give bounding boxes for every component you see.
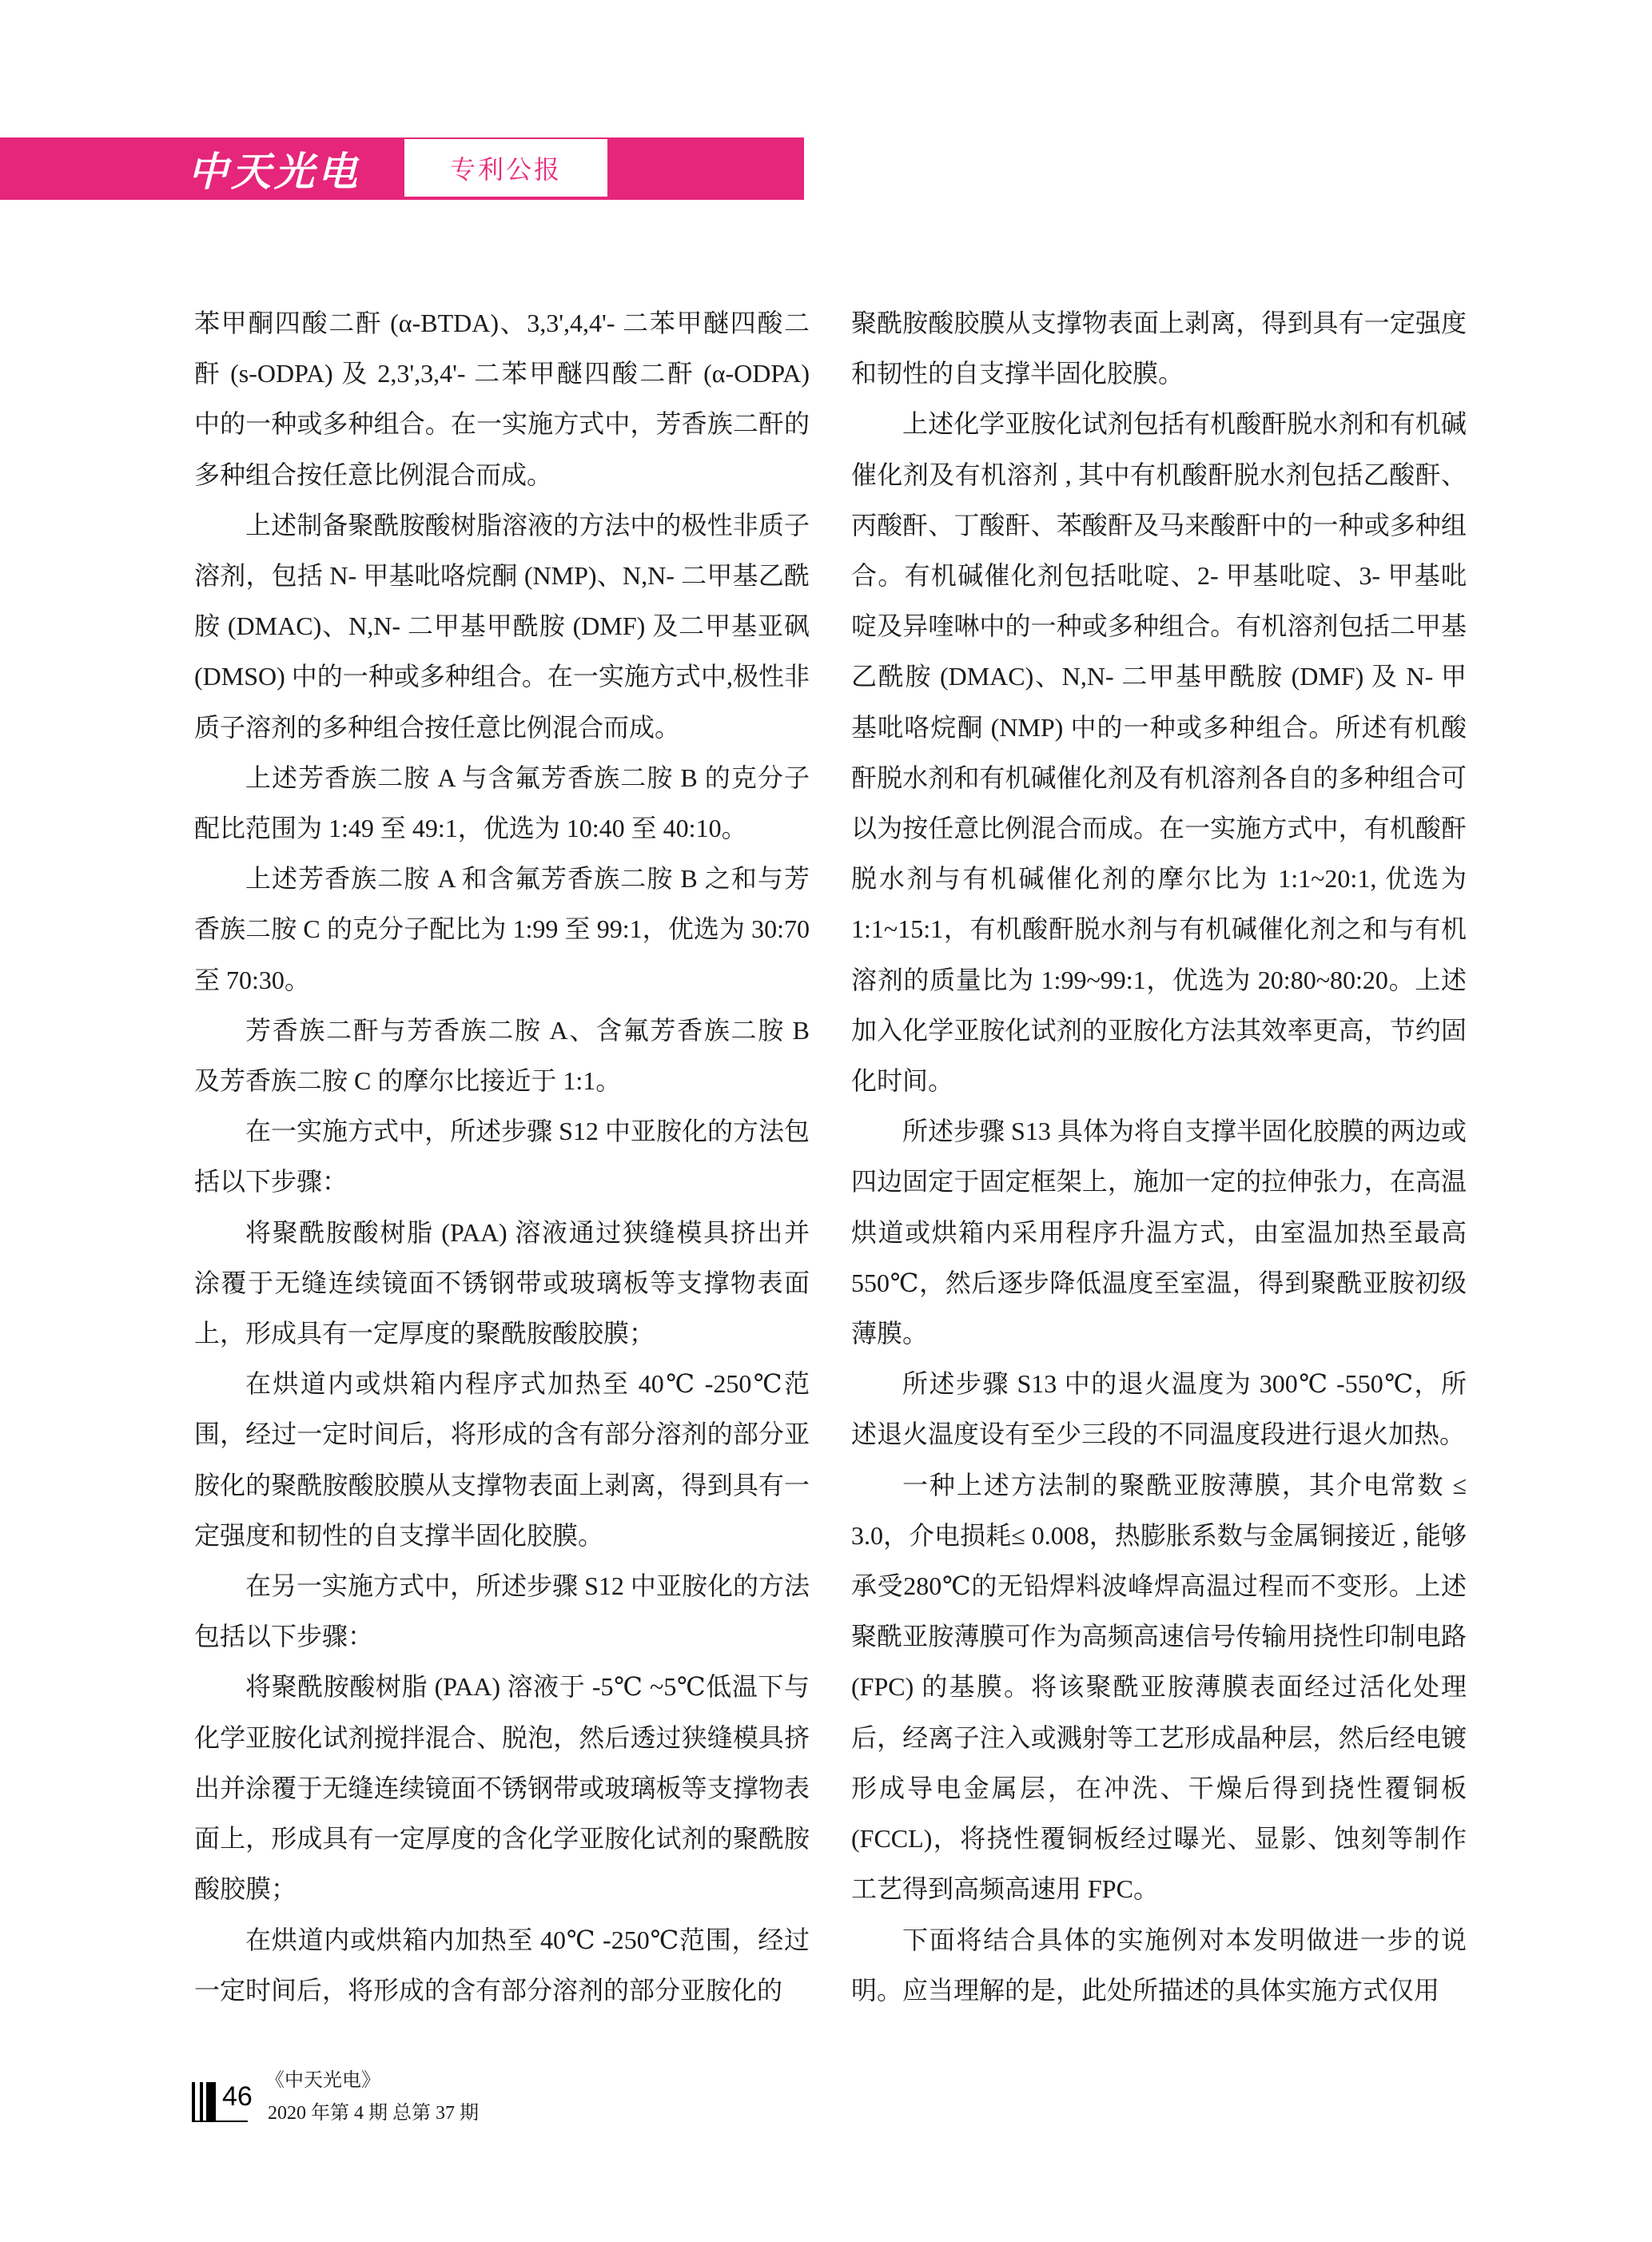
paragraph: 苯甲酮四酸二酐 (α-BTDA)、3,3',4,4'- 二苯甲醚四酸二酐 (s-… [194, 298, 810, 500]
right-text-column: 聚酰胺酸胶膜从支撑物表面上剥离，得到具有一定强度和韧性的自支撑半固化胶膜。 上述… [851, 298, 1467, 2016]
paragraph: 在烘道内或烘箱内程序式加热至 40℃ -250℃范围，经过一定时间后，将形成的含… [194, 1359, 810, 1561]
paragraph: 在另一实施方式中，所述步骤 S12 中亚胺化的方法包括以下步骤： [194, 1561, 810, 1662]
footer-rule [192, 2121, 248, 2122]
paragraph: 上述芳香族二胺 A 与含氟芳香族二胺 B 的克分子配比范围为 1:49 至 49… [194, 753, 810, 854]
paragraph: 上述化学亚胺化试剂包括有机酸酐脱水剂和有机碱催化剂及有机溶剂 , 其中有机酸酐脱… [851, 399, 1467, 1106]
paragraph: 在一实施方式中，所述步骤 S12 中亚胺化的方法包括以下步骤： [194, 1106, 810, 1207]
paragraph: 聚酰胺酸胶膜从支撑物表面上剥离，得到具有一定强度和韧性的自支撑半固化胶膜。 [851, 298, 1467, 399]
page-number: 46 [222, 2081, 253, 2113]
paragraph: 所述步骤 S13 中的退火温度为 300℃ -550℃，所述退火温度设有至少三段… [851, 1359, 1467, 1459]
paragraph: 将聚酰胺酸树脂 (PAA) 溶液通过狭缝模具挤出并涂覆于无缝连续镜面不锈钢带或玻… [194, 1208, 810, 1360]
brand-logo-text: 中天光电 [144, 137, 404, 200]
section-label: 专利公报 [403, 137, 609, 198]
paragraph: 上述制备聚酰胺酸树脂溶液的方法中的极性非质子溶剂，包括 N- 甲基吡咯烷酮 (N… [194, 500, 810, 753]
left-text-column: 苯甲酮四酸二酐 (α-BTDA)、3,3',4,4'- 二苯甲醚四酸二酐 (s-… [194, 298, 810, 2016]
paragraph: 在烘道内或烘箱内加热至 40℃ -250℃范围，经过一定时间后，将形成的含有部分… [194, 1915, 810, 2016]
paragraph: 芳香族二酐与芳香族二胺 A、含氟芳香族二胺 B 及芳香族二胺 C 的摩尔比接近于… [194, 1006, 810, 1106]
paragraph: 所述步骤 S13 具体为将自支撑半固化胶膜的两边或四边固定于固定框架上，施加一定… [851, 1106, 1467, 1359]
issue-info: 2020 年第 4 期 总第 37 期 [268, 2097, 479, 2125]
paragraph: 下面将结合具体的实施例对本发明做进一步的说明。应当理解的是，此处所描述的具体实施… [851, 1915, 1467, 2016]
journal-name: 《中天光电》 [265, 2064, 380, 2092]
paragraph: 上述芳香族二胺 A 和含氟芳香族二胺 B 之和与芳香族二胺 C 的克分子配比为 … [194, 854, 810, 1006]
paragraph: 将聚酰胺酸树脂 (PAA) 溶液于 -5℃ ~5℃低温下与化学亚胺化试剂搅拌混合… [194, 1662, 810, 1914]
paragraph: 一种上述方法制的聚酰亚胺薄膜，其介电常数 ≤ 3.0，介电损耗≤ 0.008，热… [851, 1460, 1467, 1915]
